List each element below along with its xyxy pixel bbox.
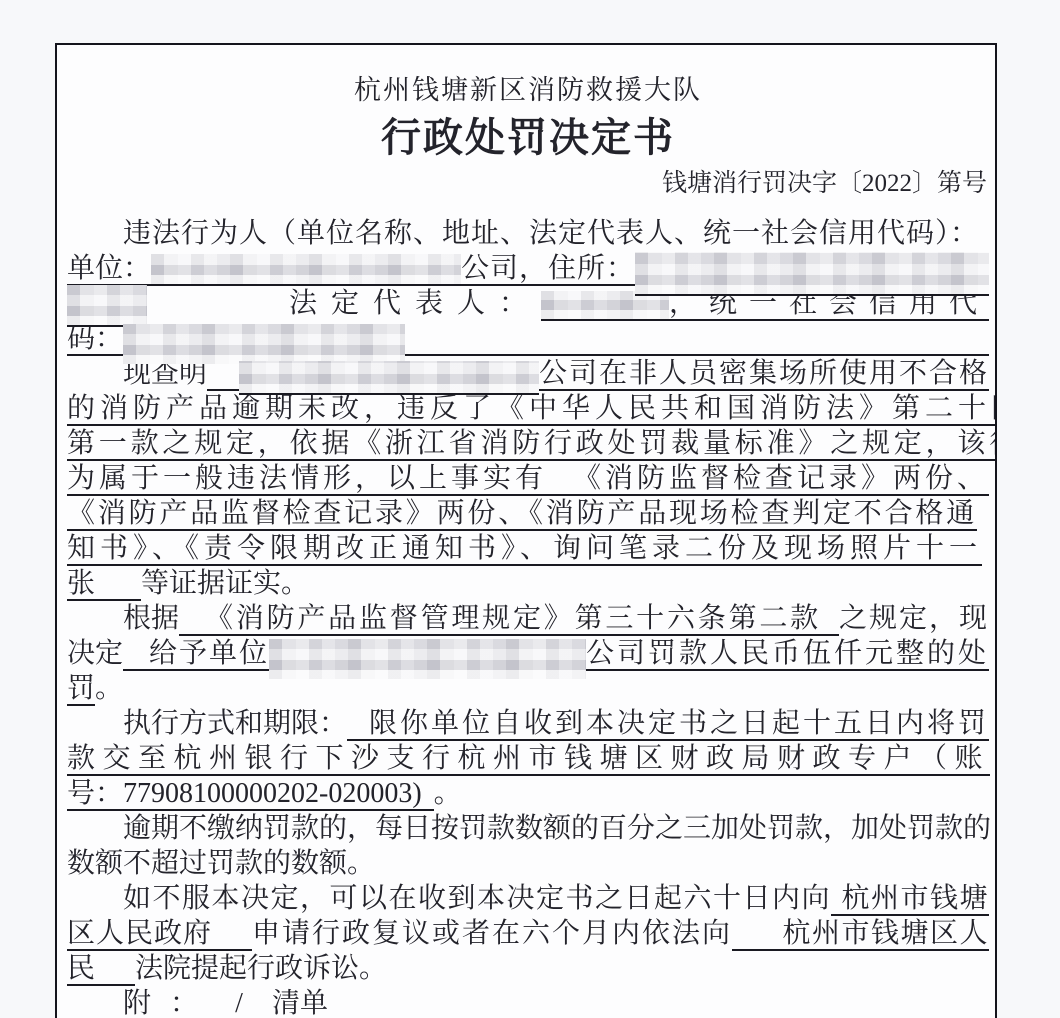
spacer	[328, 987, 989, 1018]
text-segment: 知书》、《责令限期改正通知书》、询问笔录二份及现场照片十一	[67, 532, 982, 566]
text-segment: 违法行为人（单位名称、地址、法定代表人、统一社会信用代码）：	[123, 217, 979, 251]
issuing-authority: 杭州钱塘新区消防救援大队	[67, 75, 989, 105]
spacer	[67, 707, 123, 741]
text-segment: 执行方式和期限：	[123, 707, 347, 741]
document-body: 违法行为人（单位名称、地址、法定代表人、统一社会信用代码）：单位：公司，住所：法…	[67, 216, 989, 1018]
blank-underline	[347, 707, 369, 741]
body-line: 附 ：/清单	[67, 986, 989, 1018]
text-segment: 《消防监督检查记录》两份、	[573, 462, 989, 496]
redaction-mosaic	[151, 254, 461, 286]
spacer	[387, 952, 989, 986]
blank-underline	[831, 882, 841, 916]
text-segment: 《消防产品监督检查记录》两份、《消防产品现场检查判定不合格通	[67, 497, 977, 531]
blank-underline	[547, 462, 573, 496]
text-segment: 民	[67, 952, 95, 986]
text-segment: 法定代表人：	[289, 287, 541, 321]
text-segment: 《消防产品监督管理规定》第三十六条第二款	[205, 602, 821, 636]
body-line: 款交至杭州银行下沙支行杭州市钱塘区财政局财政专户（账	[67, 741, 989, 776]
body-line: 根据《消防产品监督管理规定》第三十六条第二款之规定，现	[67, 601, 989, 636]
text-segment: 逾期不缴纳罚款的，每日按罚款数额的百分之三加处罚款，加处罚款的	[123, 812, 991, 846]
blank-underline	[95, 952, 135, 986]
text-segment: 张	[67, 567, 95, 601]
spacer	[375, 847, 989, 881]
blank-underline	[123, 637, 149, 671]
blank-underline	[179, 602, 205, 636]
page: { "document": { "org": "杭州钱塘新区消防救援大队", "…	[0, 0, 1060, 1018]
blank-underline	[212, 917, 252, 951]
text-segment: 码：	[67, 322, 123, 356]
body-line: 执行方式和期限：限你单位自收到本决定书之日起十五日内将罚	[67, 706, 989, 741]
blank-underline	[821, 602, 839, 636]
body-line: 数额不超过罚款的数额。	[67, 846, 989, 881]
text-segment: /	[214, 987, 264, 1018]
text-segment: 杭州市钱塘	[841, 882, 989, 916]
redaction-mosaic	[269, 639, 586, 679]
body-line: 民法院提起行政诉讼。	[67, 951, 989, 986]
text-segment: 。	[95, 672, 123, 706]
text-segment: 公司，住所：	[461, 252, 635, 286]
text-segment: 杭州市钱塘区人	[782, 917, 989, 951]
body-line: 《消防产品监督检查记录》两份、《消防产品现场检查判定不合格通	[67, 496, 989, 531]
blank-underline	[405, 322, 989, 356]
document-paper: 杭州钱塘新区消防救援大队 行政处罚决定书 钱塘消行罚决字〔2022〕第号 违法行…	[55, 43, 997, 1018]
spacer	[309, 567, 989, 601]
text-segment: 公司在非人员密集场所使用不合格	[539, 357, 989, 391]
spacer	[264, 987, 272, 1018]
redaction-mosaic	[239, 361, 539, 395]
body-line: 区人民政府申请行政复议或者在六个月内依法向杭州市钱塘区人	[67, 916, 989, 951]
text-segment: 清单	[272, 987, 328, 1018]
text-segment: 款交至杭州银行下沙支行杭州市钱塘区财政局财政专户（账	[67, 742, 990, 776]
spacer	[67, 987, 123, 1018]
text-segment: 单位：	[67, 252, 151, 286]
body-line: 第一款之规定，依据《浙江省消防行政处罚裁量标准》之规定，该行	[67, 426, 989, 461]
text-segment: 公司罚款人民币伍仟元整的处	[586, 637, 989, 671]
text-segment: 如不服本决定，可以在收到本决定书之日起六十日内向	[123, 882, 831, 916]
text-segment: 给予单位	[149, 637, 269, 671]
spacer	[67, 602, 123, 636]
blank-underline	[732, 917, 782, 951]
redaction-mosaic	[635, 252, 989, 296]
text-segment: 号：77908100000202-020003)	[67, 777, 422, 811]
text-segment: 限你单位自收到本决定书之日起十五日内将罚	[369, 707, 989, 741]
body-line: 的消防产品逾期未改，违反了《中华人民共和国消防法》第二十四条	[67, 391, 989, 426]
text-segment: 。	[434, 777, 462, 811]
text-segment: 根据	[123, 602, 179, 636]
text-segment: 决定	[67, 637, 123, 671]
text-segment: 申请行政复议或者在六个月内依法向	[252, 917, 732, 951]
text-segment: 等证据证实。	[141, 567, 309, 601]
document-number: 钱塘消行罚决字〔2022〕第号	[67, 169, 989, 199]
redaction-mosaic	[67, 285, 147, 327]
blank-underline	[422, 777, 434, 811]
spacer	[67, 357, 123, 391]
spacer	[147, 287, 289, 321]
body-line: 逾期不缴纳罚款的，每日按罚款数额的百分之三加处罚款，加处罚款的	[67, 811, 989, 846]
text-segment: 罚	[67, 672, 95, 706]
spacer	[67, 217, 123, 251]
body-line: 如不服本决定，可以在收到本决定书之日起六十日内向杭州市钱塘	[67, 881, 989, 916]
spacer	[67, 882, 123, 916]
text-segment: 的消防产品逾期未改，违反了《中华人民共和国消防法》第二十四条	[67, 392, 997, 426]
spacer	[204, 987, 214, 1018]
body-line: 决定给予单位公司罚款人民币伍仟元整的处	[67, 636, 989, 671]
body-line: 张等证据证实。	[67, 566, 989, 601]
body-line: 码：	[67, 321, 989, 356]
spacer	[67, 812, 123, 846]
blank-underline	[95, 567, 141, 601]
text-segment: 为属于一般违法情形，以上事实有	[67, 462, 547, 496]
spacer	[462, 777, 989, 811]
text-segment: 之规定，现	[839, 602, 989, 636]
body-line: 单位：公司，住所：	[67, 251, 989, 286]
text-segment: 第一款之规定，依据《浙江省消防行政处罚裁量标准》之规定，该行	[67, 427, 997, 461]
body-line: 为属于一般违法情形，以上事实有《消防监督检查记录》两份、	[67, 461, 989, 496]
text-segment: 区人民政府	[67, 917, 212, 951]
redaction-mosaic	[123, 324, 405, 364]
body-line: 知书》、《责令限期改正通知书》、询问笔录二份及现场照片十一	[67, 531, 989, 566]
text-segment: 法院提起行政诉讼。	[135, 952, 387, 986]
document-title: 行政处罚决定书	[67, 115, 989, 161]
body-line: 违法行为人（单位名称、地址、法定代表人、统一社会信用代码）：	[67, 216, 989, 251]
text-segment: 数额不超过罚款的数额。	[67, 847, 375, 881]
body-line: 号：77908100000202-020003)。	[67, 776, 989, 811]
text-segment: 附 ：	[123, 987, 204, 1018]
